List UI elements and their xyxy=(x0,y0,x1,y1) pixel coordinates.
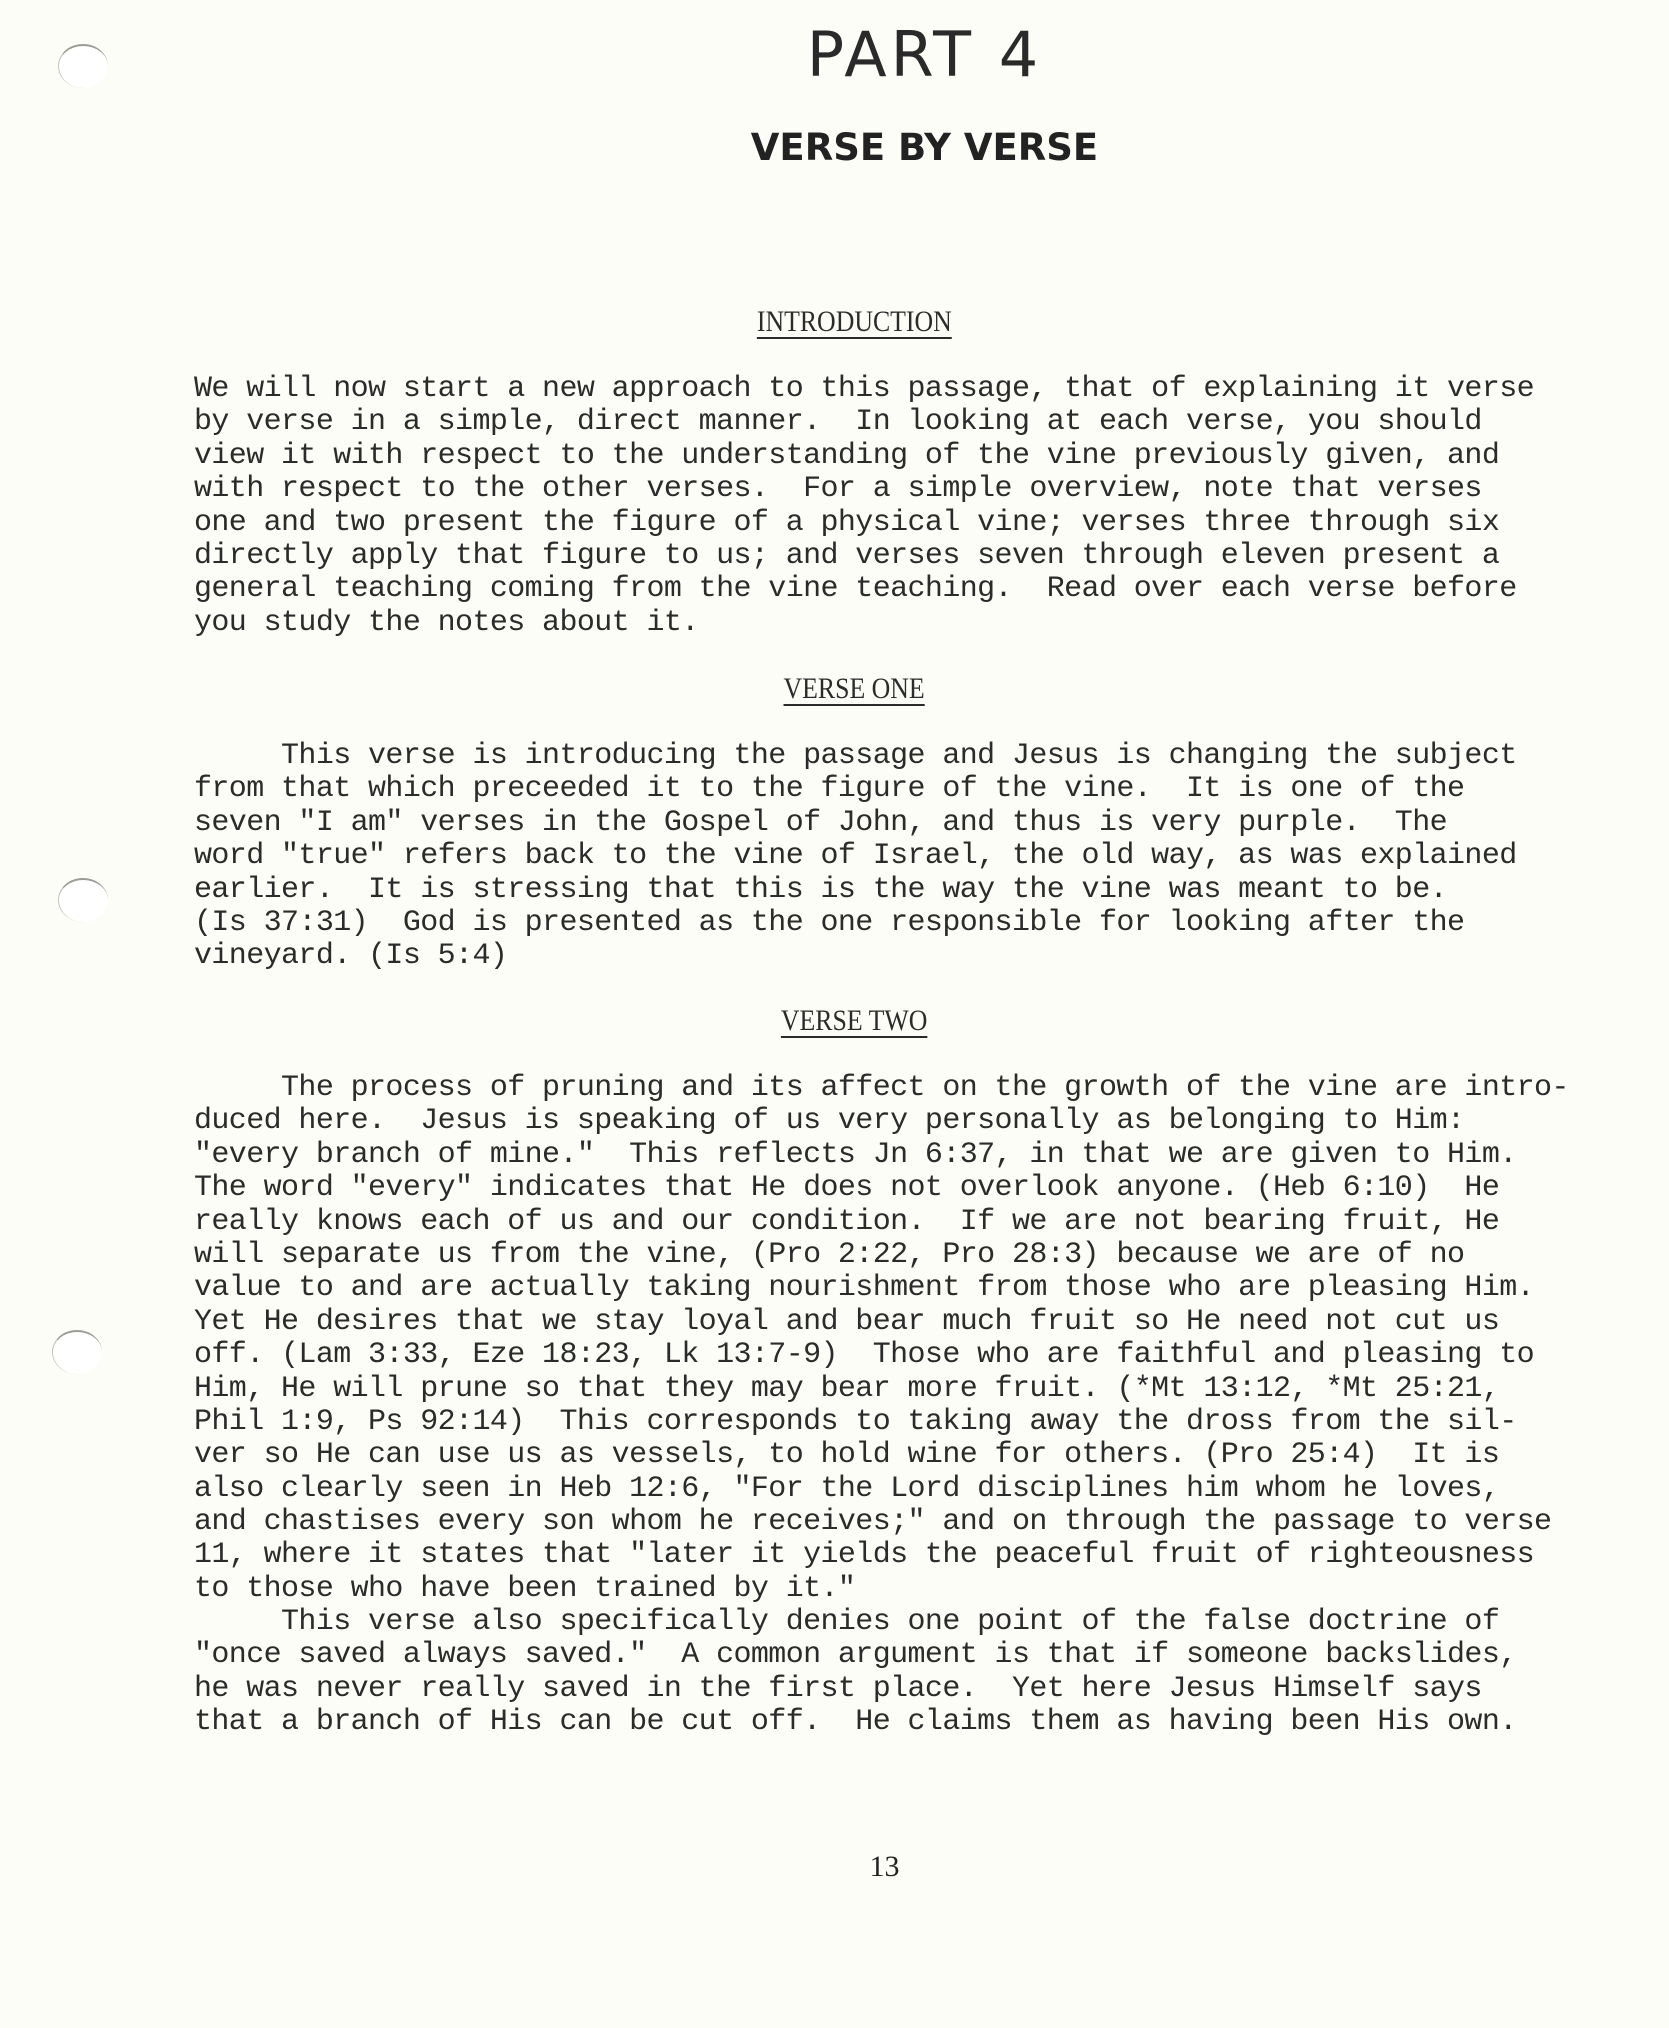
text-line: The process of pruning and its affect on… xyxy=(194,1072,1554,1105)
text-line: This verse is introducing the passage an… xyxy=(194,740,1554,773)
text-line: to those who have been trained by it." xyxy=(194,1573,1554,1606)
heading-verse-two: VERSE TWO xyxy=(0,1004,1669,1038)
part-subtitle: VERSE BY VERSE xyxy=(0,126,1669,169)
text-line: Him, He will prune so that they may bear… xyxy=(194,1373,1554,1406)
text-line: he was never really saved in the first p… xyxy=(194,1673,1554,1706)
text-line: word "true" refers back to the vine of I… xyxy=(194,840,1554,873)
page-number: 13 xyxy=(0,1850,1669,1884)
text-line: duced here. Jesus is speaking of us very… xyxy=(194,1105,1554,1138)
heading-introduction: INTRODUCTION xyxy=(0,305,1669,339)
text-line: one and two present the figure of a phys… xyxy=(194,507,1554,540)
text-line: you study the notes about it. xyxy=(194,607,1554,640)
text-line: also clearly seen in Heb 12:6, "For the … xyxy=(194,1473,1554,1506)
text-line: by verse in a simple, direct manner. In … xyxy=(194,406,1554,439)
text-line: The word "every" indicates that He does … xyxy=(194,1172,1554,1205)
text-line: "once saved always saved." A common argu… xyxy=(194,1639,1554,1672)
text-line: from that which preceeded it to the figu… xyxy=(194,773,1554,806)
text-line: (Is 37:31) God is presented as the one r… xyxy=(194,907,1554,940)
heading-introduction-text: INTRODUCTION xyxy=(757,305,952,339)
text-line: off. (Lam 3:33, Eze 18:23, Lk 13:7-9) Th… xyxy=(194,1339,1554,1372)
verse-one-paragraph: This verse is introducing the passage an… xyxy=(194,740,1554,974)
heading-verse-two-text: VERSE TWO xyxy=(781,1004,927,1038)
text-line: view it with respect to the understandin… xyxy=(194,440,1554,473)
verse-two-paragraph-1: The process of pruning and its affect on… xyxy=(194,1072,1554,1606)
text-line: general teaching coming from the vine te… xyxy=(194,573,1554,606)
text-line: vineyard. (Is 5:4) xyxy=(194,940,1554,973)
text-line: We will now start a new approach to this… xyxy=(194,373,1554,406)
text-line: earlier. It is stressing that this is th… xyxy=(194,874,1554,907)
text-line: seven "I am" verses in the Gospel of Joh… xyxy=(194,807,1554,840)
text-line: that a branch of His can be cut off. He … xyxy=(194,1706,1554,1739)
text-line: ver so He can use us as vessels, to hold… xyxy=(194,1439,1554,1472)
text-line: with respect to the other verses. For a … xyxy=(194,473,1554,506)
text-line: This verse also specifically denies one … xyxy=(194,1606,1554,1639)
text-line: and chastises every son whom he receives… xyxy=(194,1506,1554,1539)
text-line: "every branch of mine." This reflects Jn… xyxy=(194,1139,1554,1172)
punch-hole-bottom xyxy=(52,1330,102,1374)
text-line: Yet He desires that we stay loyal and be… xyxy=(194,1306,1554,1339)
text-line: directly apply that figure to us; and ve… xyxy=(194,540,1554,573)
part-title: PART 4 xyxy=(0,18,1669,91)
verse-two-paragraph-2: This verse also specifically denies one … xyxy=(194,1606,1554,1740)
text-line: really knows each of us and our conditio… xyxy=(194,1206,1554,1239)
punch-hole-middle xyxy=(58,878,108,922)
text-line: will separate us from the vine, (Pro 2:2… xyxy=(194,1239,1554,1272)
text-line: Phil 1:9, Ps 92:14) This corresponds to … xyxy=(194,1406,1554,1439)
text-line: 11, where it states that "later it yield… xyxy=(194,1539,1554,1572)
introduction-paragraph: We will now start a new approach to this… xyxy=(194,373,1554,640)
heading-verse-one: VERSE ONE xyxy=(0,672,1669,706)
text-line: value to and are actually taking nourish… xyxy=(194,1272,1554,1305)
heading-verse-one-text: VERSE ONE xyxy=(784,672,925,706)
